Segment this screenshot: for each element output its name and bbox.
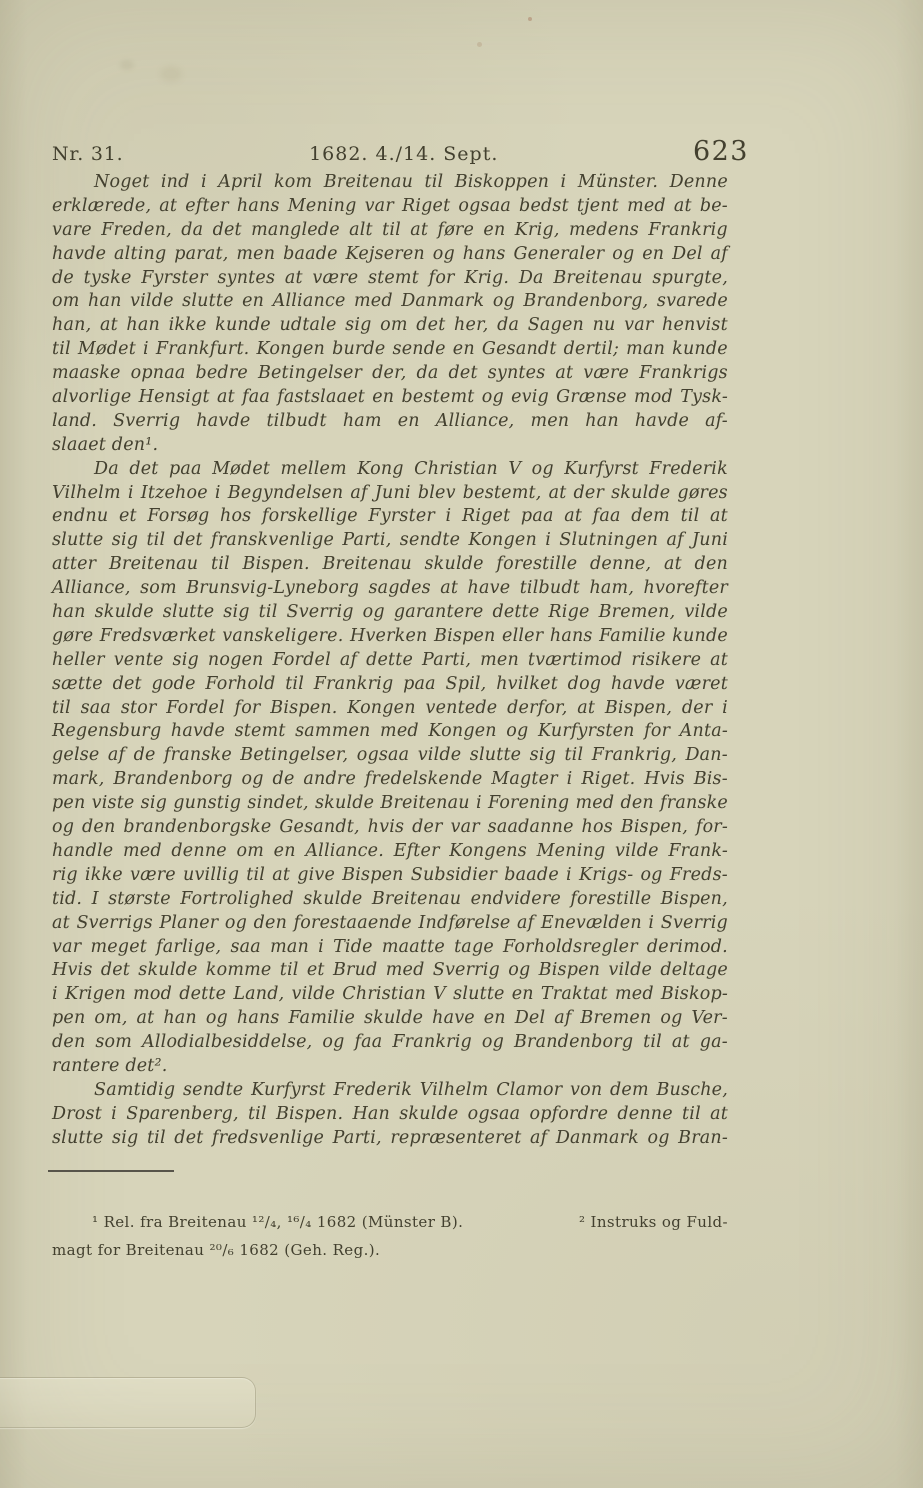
paper-smudge: [160, 66, 182, 82]
text-line: Alliance,somBrunsvig-Lyneborgsagdesathav…: [52, 577, 728, 601]
paper-speck: [528, 17, 532, 21]
text-line: atterBreitenautilBispen.Breitenauskuldef…: [52, 553, 728, 577]
embossed-stamp: [0, 1377, 256, 1428]
footnote-line: magt for Breitenau ²⁰/₆ 1682 (Geh. Reg.)…: [52, 1236, 728, 1264]
text-line: han,athanikkekundeudtalesigomdether,daSa…: [52, 314, 728, 338]
paper-smudge: [120, 60, 134, 70]
text-line: sluttesigtildetfranskvenligeParti,sendte…: [52, 529, 728, 553]
text-line: tid.IstørsteFortrolighedskuldeBreitenaue…: [52, 888, 728, 912]
page-header: Nr. 31. 1682. 4./14. Sept. 623: [52, 136, 740, 167]
text-line: hanskuldesluttesigtilSverrigoggarantered…: [52, 601, 728, 625]
text-line: slaaet den¹.: [52, 434, 728, 458]
text-line: tilMødetiFrankfurt.KongenburdesendeenGes…: [52, 338, 728, 362]
text-line: mark,BrandenborgogdeandrefredelskendeMag…: [52, 768, 728, 792]
text-line: sluttesigtildetfredsvenligeParti,repræse…: [52, 1127, 728, 1151]
text-line: handlemeddenneomenAlliance.EfterKongensM…: [52, 840, 728, 864]
text-line: NogetindiAprilkomBreitenautilBiskoppeniM…: [52, 171, 728, 195]
text-line: detyskeFyrstersyntesatværestemtforKrig.D…: [52, 267, 728, 291]
footnotes: ¹ Rel. fra Breitenau ¹²/₄, ¹⁶/₄ 1682 (Mü…: [52, 1208, 728, 1264]
text-line: rantere det².: [52, 1055, 728, 1079]
text-line: penom,athanoghansFamilieskuldehaveenDela…: [52, 1007, 728, 1031]
book-page: Nr. 31. 1682. 4./14. Sept. 623 Nogetindi…: [0, 0, 923, 1488]
footnote-line: ¹ Rel. fra Breitenau ¹²/₄, ¹⁶/₄ 1682 (Mü…: [52, 1208, 728, 1236]
text-line: SamtidigsendteKurfyrstFrederikVilhelmCla…: [52, 1079, 728, 1103]
footnote-separator: [48, 1170, 174, 1172]
text-line: land.SverrighavdetilbudthamenAlliance,me…: [52, 410, 728, 434]
body-text: NogetindiAprilkomBreitenautilBiskoppeniM…: [52, 171, 728, 1151]
paper-speck: [477, 42, 482, 47]
document-number: Nr. 31.: [52, 143, 124, 165]
footnote-1: ¹ Rel. fra Breitenau ¹²/₄, ¹⁶/₄ 1682 (Mü…: [92, 1208, 463, 1236]
text-line: iKrigenmoddetteLand,vildeChristianVslutt…: [52, 983, 728, 1007]
footnote-2-start: ² Instruks og Fuld-: [579, 1208, 728, 1236]
text-line: atSverrigsPlanerogdenforestaaendeIndføre…: [52, 912, 728, 936]
text-line: havdealtingparat,menbaadeKejserenoghansG…: [52, 243, 728, 267]
text-line: DrostiSparenberg,tilBispen.Hanskuldeogsa…: [52, 1103, 728, 1127]
text-line: tilsaastorFordelforBispen.Kongenventeded…: [52, 697, 728, 721]
text-line: varmegetfarlige,saamaniTidemaattetageFor…: [52, 936, 728, 960]
text-line: VilhelmiItzehoeiBegyndelsenafJuniblevbes…: [52, 482, 728, 506]
text-line: DadetpaaMødetmellemKongChristianVogKurfy…: [52, 458, 728, 482]
text-line: ogdenbrandenborgskeGesandt,hvisdervarsaa…: [52, 816, 728, 840]
page-number: 623: [693, 136, 749, 167]
text-line: endnuetForsøghosforskelligeFyrsteriRiget…: [52, 505, 728, 529]
text-line: rigikkeværeuvilligtilatgiveBispenSubsidi…: [52, 864, 728, 888]
text-line: maaskeopnaabedreBetingelserder,dadetsynt…: [52, 362, 728, 386]
paper-speck: [591, 225, 594, 228]
text-line: RegensburghavdestemtsammenmedKongenogKur…: [52, 720, 728, 744]
text-line: densomAllodialbesiddelse,ogfaaFrankrigog…: [52, 1031, 728, 1055]
text-line: alvorligeHensigtatfaafastslaaetenbestemt…: [52, 386, 728, 410]
text-line: gøreFredsværketvanskeligere.HverkenBispe…: [52, 625, 728, 649]
running-head-date: 1682. 4./14. Sept.: [124, 143, 684, 165]
text-line: hellerventesignogenFordelafdetteParti,me…: [52, 649, 728, 673]
text-line: sættedetgodeForholdtilFrankrigpaaSpil,hv…: [52, 673, 728, 697]
text-line: HvisdetskuldekommetiletBrudmedSverrigogB…: [52, 959, 728, 983]
text-line: gelseafdefranskeBetingelser,ogsaavildesl…: [52, 744, 728, 768]
text-line: vareFreden,dadetmangledealttilatføreenKr…: [52, 219, 728, 243]
text-line: erklærede,atefterhansMeningvarRigetogsaa…: [52, 195, 728, 219]
text-line: penvistesiggunstigsindet,skuldeBreitenau…: [52, 792, 728, 816]
text-line: omhanvildeslutteenAlliancemedDanmarkogBr…: [52, 290, 728, 314]
